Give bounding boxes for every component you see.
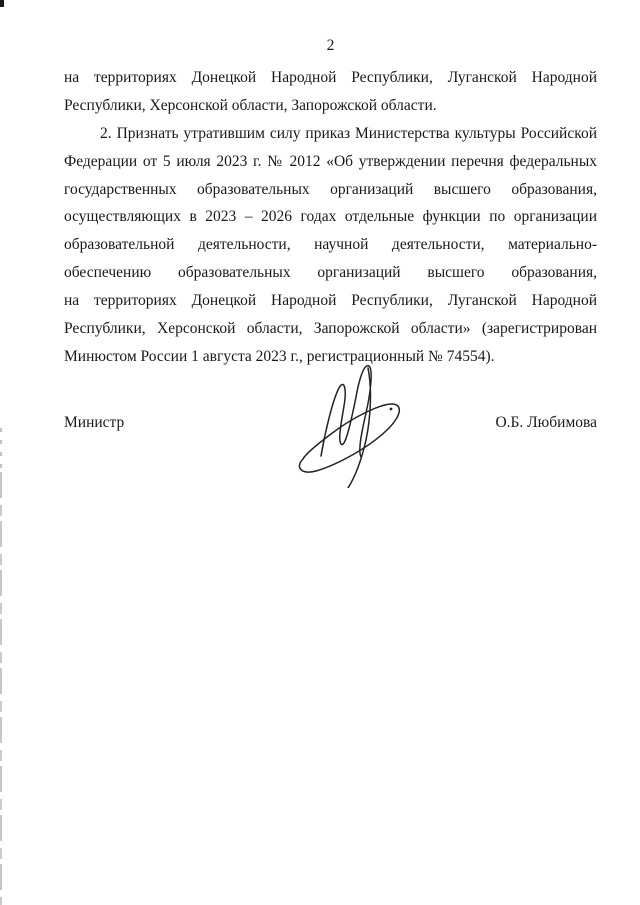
handwritten-signature <box>290 360 408 488</box>
body-line: 2. Признать утратившим силу приказ Минис… <box>64 120 597 148</box>
document-body: на территориях Донецкой Народной Республ… <box>64 64 597 371</box>
body-line: образовательной деятельности, научной де… <box>64 231 597 259</box>
body-line: на территориях Донецкой Народной Республ… <box>64 287 597 315</box>
scan-artifact-left-edge-dots <box>0 428 2 472</box>
scan-artifact-corner <box>0 0 4 7</box>
signer-name: О.Б. Любимова <box>495 409 597 437</box>
body-line: Федерации от 5 июля 2023 г. № 2012 «Об у… <box>64 148 597 176</box>
signer-title: Министр <box>64 409 124 437</box>
body-line: обеспечению образовательных организаций … <box>64 259 597 287</box>
body-line: государственных образовательных организа… <box>64 176 597 204</box>
scan-artifact-left-edge-line <box>0 472 2 905</box>
body-line: осуществляющих в 2023 – 2026 годах отдел… <box>64 203 597 231</box>
body-line: на территориях Донецкой Народной Республ… <box>64 64 597 92</box>
body-line: Республики, Херсонской области, Запорожс… <box>64 92 597 120</box>
body-line: Республики, Херсонской области, Запорожс… <box>64 315 597 343</box>
scanned-document-page: 2 на территориях Донецкой Народной Респу… <box>0 0 640 905</box>
page-number: 2 <box>64 36 597 56</box>
